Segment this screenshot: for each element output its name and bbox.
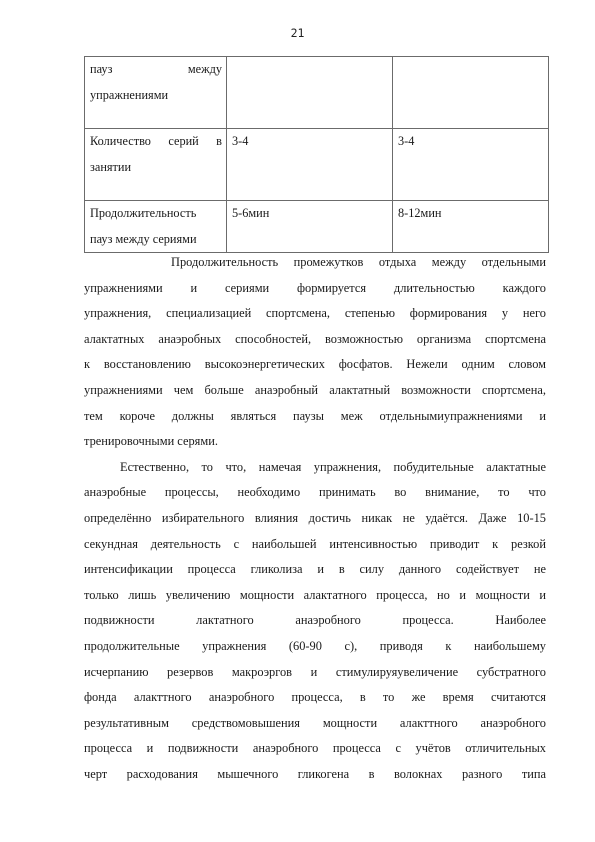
text-line: секундная деятельность с наибольшей инте…	[84, 532, 546, 558]
table-cell-label: Продолжительность пауз между сериями	[85, 201, 227, 253]
table-cell-value: 3-4	[227, 129, 393, 201]
text-line: тренировочными серями.	[84, 429, 546, 455]
cell-line: пауз между сериями	[90, 232, 197, 246]
text-line: Продолжительность промежутков отдыха меж…	[84, 250, 546, 276]
text-line: тем короче должны являться паузы меж отд…	[84, 404, 546, 430]
table-row: Количество серий в занятии 3-4 3-4	[85, 129, 549, 201]
cell-line: Количество серий в	[90, 129, 222, 155]
table-cell-label: пауз между упражнениями	[85, 57, 227, 129]
body-text: Продолжительность промежутков отдыха меж…	[84, 250, 546, 787]
text-line: продолжительные упражнения (60-90 с), пр…	[84, 634, 546, 660]
text-line: алактатных анаэробных способностей, возм…	[84, 327, 546, 353]
table-row: пауз между упражнениями	[85, 57, 549, 129]
text-line: к восстановлению высокоэнергетических фо…	[84, 352, 546, 378]
text-line: фонда алакттного анаэробного процесса, в…	[84, 685, 546, 711]
table-cell-value: 8-12мин	[393, 201, 549, 253]
paragraph: Естественно, то что, намечая упражнения,…	[84, 455, 546, 788]
cell-line: упражнениями	[90, 88, 168, 102]
cell-line: Продолжительность	[90, 201, 222, 227]
text-line: анаэробные процессы, необходимо принимат…	[84, 480, 546, 506]
table-row: Продолжительность пауз между сериями 5-6…	[85, 201, 549, 253]
text-line: упражнениями чем больше анаэробный алакт…	[84, 378, 546, 404]
text-line: результативным средствомовышения мощност…	[84, 711, 546, 737]
text-line: упражнениями и сериями формируется длите…	[84, 276, 546, 302]
table-cell-label: Количество серий в занятии	[85, 129, 227, 201]
table-cell-value: 3-4	[393, 129, 549, 201]
cell-line: пауз между	[90, 57, 222, 83]
text-line: подвижности лактатного анаэробного проце…	[84, 608, 546, 634]
text-line: интенсификации процесса гликолиза и в си…	[84, 557, 546, 583]
paragraph: Продолжительность промежутков отдыха меж…	[84, 250, 546, 455]
training-parameters-table: пауз между упражнениями Количество серий…	[84, 56, 549, 253]
text-line: процесса и подвижности анаэробного проце…	[84, 736, 546, 762]
table-cell-value	[393, 57, 549, 129]
table-cell-value: 5-6мин	[227, 201, 393, 253]
text-line: определённо избирательного влияния дости…	[84, 506, 546, 532]
page-number: 21	[0, 26, 595, 40]
text-line: Естественно, то что, намечая упражнения,…	[84, 455, 546, 481]
text-line: только лишь увеличению мощности алактатн…	[84, 583, 546, 609]
text-line: упражнения, специализацией спортсмена, с…	[84, 301, 546, 327]
text-line: черт расходования мышечного гликогена в …	[84, 762, 546, 788]
table-cell-value	[227, 57, 393, 129]
text-line: исчерпанию резервов макроэргов и стимули…	[84, 660, 546, 686]
cell-line: занятии	[90, 160, 131, 174]
